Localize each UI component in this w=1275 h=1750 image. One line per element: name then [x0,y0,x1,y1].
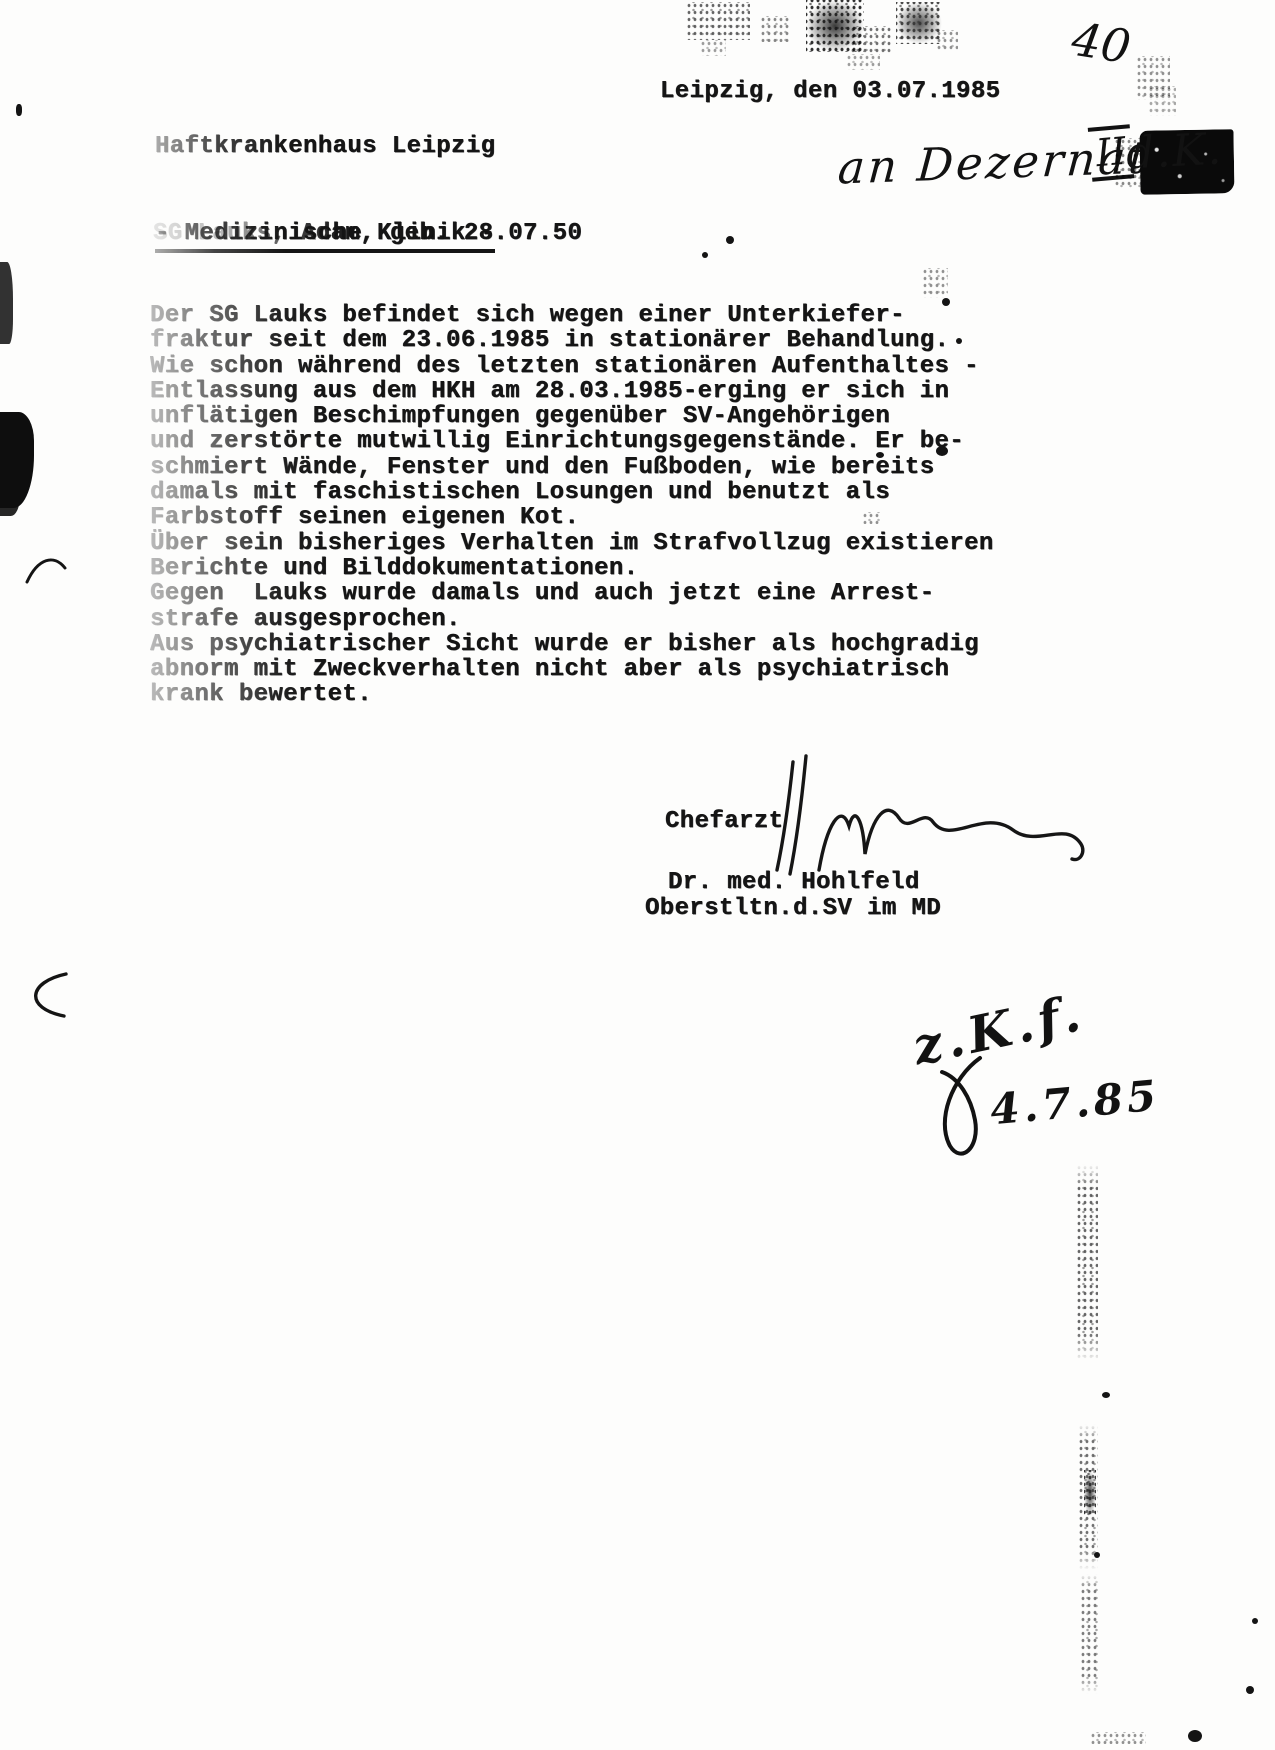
signature-icon [775,748,1095,918]
scan-speck [702,252,708,258]
handwritten-routing-suffix: d.K. [1125,123,1225,179]
body-line: schmiert Wände, Fenster und den Fußboden… [150,455,994,480]
scan-smudge [0,472,20,516]
scan-noise [936,30,958,50]
scan-noise [1080,1574,1098,1694]
letterhead: Haftkrankenhaus Leipzig - Medizinische K… [155,74,495,311]
body-line: Entlassung aus dem HKH am 28.03.1985-erg… [150,379,994,404]
scan-speck [16,104,22,116]
body-line: fraktur seit dem 23.06.1985 in stationär… [150,328,994,353]
scan-noise [846,54,880,70]
scan-noise [686,2,750,40]
body-line: Berichte und Bilddokumentationen. [150,556,994,581]
body-line: unflätigen Beschimpfungen gegenüber SV-A… [150,404,994,429]
letterhead-line1: Haftkrankenhaus Leipzig [155,132,495,161]
scan-noise [1148,86,1176,116]
body-line: Wie schon während des letzten stationäre… [150,354,994,379]
body-line: abnorm mit Zweckverhalten nicht aber als… [150,657,994,682]
handwritten-page-number: 40 [1068,12,1134,74]
body-line: Gegen Lauks wurde damals und auch jetzt … [150,581,994,606]
subject-line: SG Lauks, Adam, geb. 28.07.50 [153,220,582,247]
scan-noise [1084,1470,1096,1516]
scan-speck [1094,1552,1100,1558]
body-line: krank bewertet. [150,682,994,707]
scan-speck [956,338,962,344]
scan-speck [1102,1392,1110,1398]
signature-title: Chefarzt [665,808,783,835]
body-line: strafe ausgesprochen. [150,607,994,632]
scan-noise [1090,1732,1146,1744]
scan-smudge [0,262,13,344]
scan-noise [1076,1164,1098,1362]
margin-stroke-icon [24,552,68,592]
scan-noise [922,268,948,298]
scan-noise [862,512,880,524]
document-body: Der SG Lauks befindet sich wegen einer U… [150,303,994,708]
body-line: Der SG Lauks befindet sich wegen einer U… [150,303,994,328]
body-line: damals mit faschistischen Losungen und b… [150,480,994,505]
scan-speck [1246,1686,1254,1694]
body-line: Über sein bisheriges Verhalten im Strafv… [150,531,994,556]
handwritten-initial-icon [928,1052,988,1160]
scan-speck [726,236,734,244]
dateline: Leipzig, den 03.07.1985 [660,78,1000,105]
scan-speck [936,446,948,456]
handwritten-date: 4.7.85 [988,1071,1162,1135]
scan-noise [850,26,892,54]
body-line: Aus psychiatrischer Sicht wurde er bishe… [150,632,994,657]
scan-speck [942,298,950,306]
margin-stroke-icon [16,968,72,1022]
scan-noise [700,40,726,56]
scanned-document-page: Haftkrankenhaus Leipzig - Medizinische K… [0,0,1275,1750]
scan-speck [876,452,884,458]
body-line: und zerstörte mutwillig Einrichtungsgege… [150,429,994,454]
scan-speck [1188,1730,1202,1742]
scan-noise [760,16,790,42]
scan-speck [1252,1618,1258,1624]
